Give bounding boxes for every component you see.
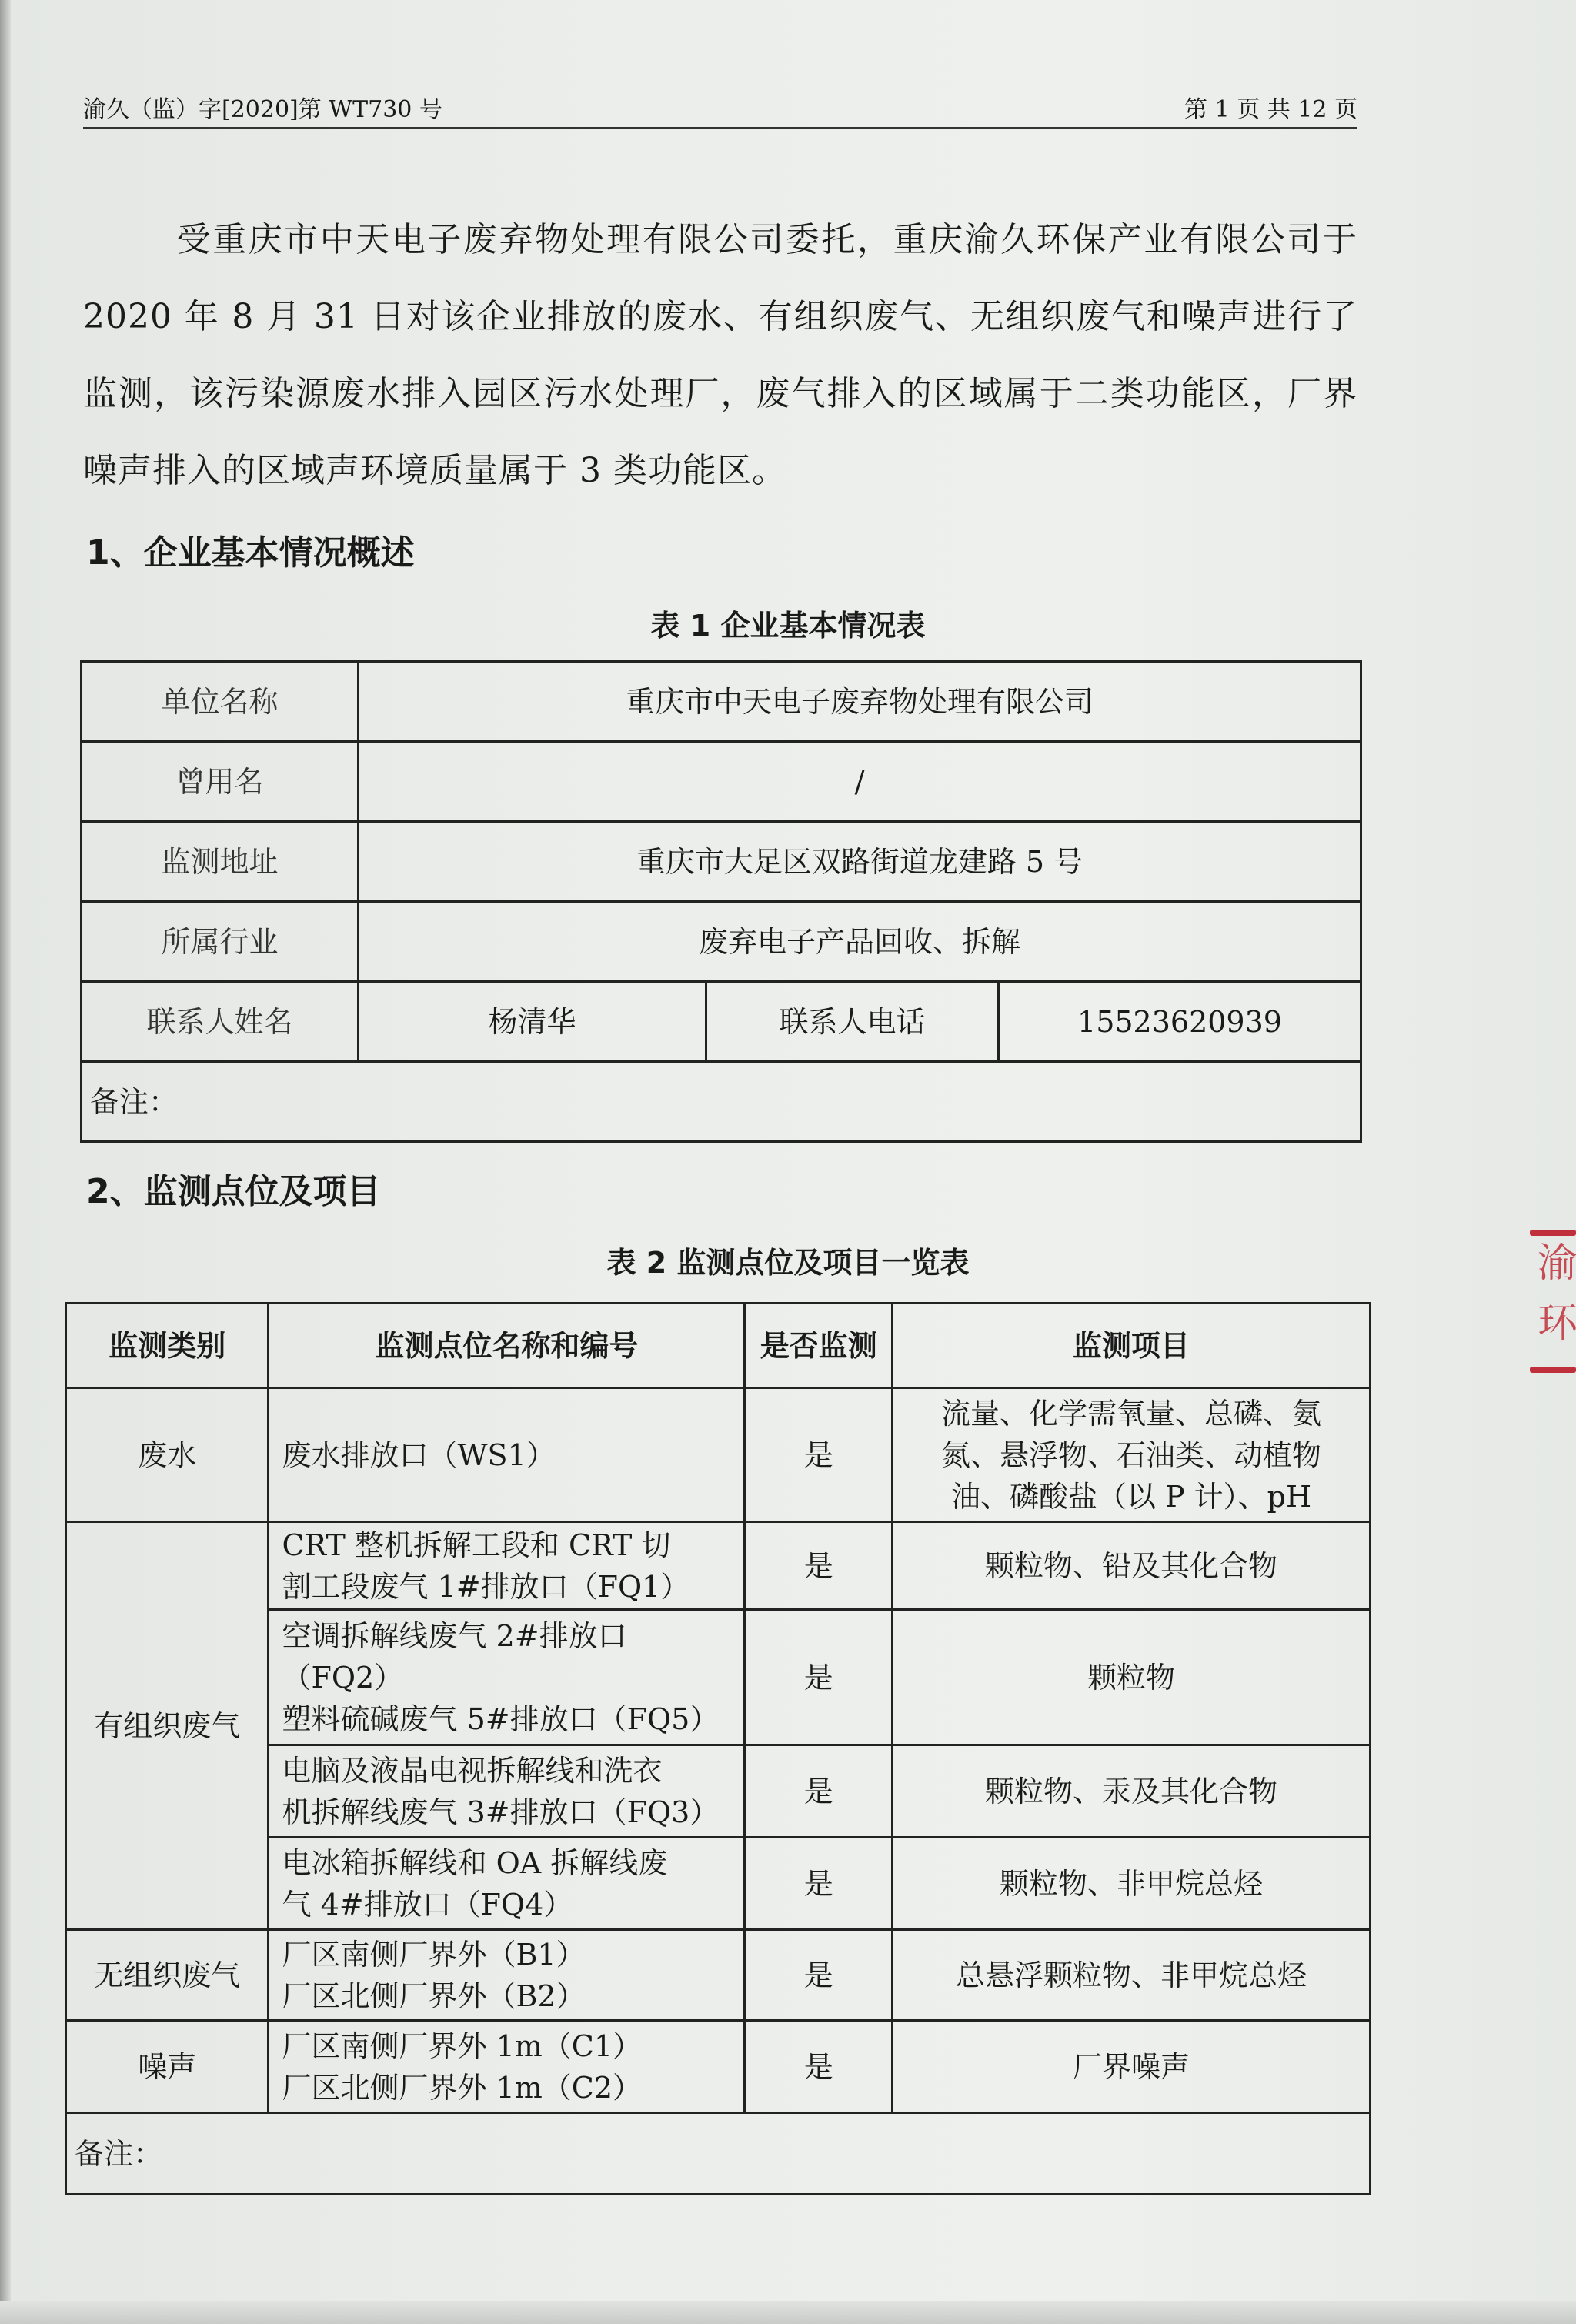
company-name-value: 重庆市中天电子废弃物处理有限公司 (359, 662, 1361, 742)
former-name-label: 曾用名 (82, 742, 359, 822)
stamp-glyph: 渝 (1538, 1240, 1576, 1287)
former-name-value: / (359, 742, 1361, 822)
monitored-cell: 是 (745, 1610, 893, 1745)
location-cell: 厂区南侧厂界外（B1） 厂区北侧厂界外（B2） (269, 1930, 745, 2021)
company-info-table: 单位名称 重庆市中天电子废弃物处理有限公司 曾用名 / 监测地址 重庆市大足区双… (80, 660, 1362, 1143)
location-line: 厂区南侧厂界外 1m（C1） (282, 2025, 739, 2067)
page-bottom-shadow (0, 2301, 1576, 2324)
location-cell: CRT 整机拆解工段和 CRT 切 割工段废气 1#排放口（FQ1） (269, 1522, 745, 1610)
table-row: 有组织废气 CRT 整机拆解工段和 CRT 切 割工段废气 1#排放口（FQ1）… (66, 1522, 1371, 1610)
stamp-bar-top (1530, 1230, 1576, 1236)
intro-paragraph: 受重庆市中天电子废弃物处理有限公司委托，重庆渝久环保产业有限公司于 2020 年… (83, 202, 1357, 509)
category-cell: 无组织废气 (66, 1930, 269, 2021)
table-1-caption: 表 1 企业基本情况表 (0, 602, 1576, 644)
category-cell: 有组织废气 (66, 1522, 269, 1930)
location-line: 空调拆解线废气 2#排放口 (282, 1615, 739, 1657)
document-page: 渝久（监）字[2020]第 WT730 号 第 1 页 共 12 页 受重庆市中… (0, 0, 1576, 2324)
intro-text: 受重庆市中天电子废弃物处理有限公司委托，重庆渝久环保产业有限公司于 2020 年… (83, 220, 1357, 490)
category-cell: 废水 (66, 1388, 269, 1522)
items-line: 颗粒物、汞及其化合物 (903, 1771, 1360, 1812)
page-header: 渝久（监）字[2020]第 WT730 号 第 1 页 共 12 页 (83, 94, 1357, 129)
location-line: 厂区南侧厂界外（B1） (282, 1934, 739, 1975)
items-line: 总悬浮颗粒物、非甲烷总烃 (903, 1955, 1360, 1996)
location-line: 废水排放口（WS1） (282, 1434, 739, 1476)
items-cell: 颗粒物、汞及其化合物 (893, 1745, 1371, 1838)
monitored-cell: 是 (745, 1930, 893, 2021)
items-line: 颗粒物、非甲烷总烃 (903, 1863, 1360, 1905)
items-line: 氮、悬浮物、石油类、动植物 (903, 1434, 1360, 1476)
location-line: 塑料硫碱废气 5#排放口（FQ5） (282, 1698, 739, 1740)
contact-phone-label: 联系人电话 (706, 982, 999, 1062)
stamp-glyph: 环 (1538, 1301, 1576, 1347)
table-row: 所属行业 废弃电子产品回收、拆解 (82, 902, 1361, 982)
table-row: 无组织废气 厂区南侧厂界外（B1） 厂区北侧厂界外（B2） 是 总悬浮颗粒物、非… (66, 1930, 1371, 2021)
table-row: 监测地址 重庆市大足区双路街道龙建路 5 号 (82, 822, 1361, 902)
remarks-cell: 备注： (66, 2113, 1371, 2195)
section-2-title: 2、监测点位及项目 (86, 1164, 381, 1213)
monitoring-points-table: 监测类别 监测点位名称和编号 是否监测 监测项目 废水 废水排放口（WS1） 是… (65, 1302, 1371, 2195)
table-row: 曾用名 / (82, 742, 1361, 822)
items-cell: 厂界噪声 (893, 2021, 1371, 2113)
monitored-cell: 是 (745, 1522, 893, 1610)
header-monitored: 是否监测 (745, 1304, 893, 1388)
category-cell: 噪声 (66, 2021, 269, 2113)
contact-phone-value: 15523620939 (999, 982, 1361, 1062)
location-line: （FQ2） (282, 1657, 739, 1698)
items-line: 颗粒物、铅及其化合物 (903, 1545, 1360, 1587)
location-line: 厂区北侧厂界外（B2） (282, 1975, 739, 2017)
monitored-cell: 是 (745, 1838, 893, 1930)
industry-value: 废弃电子产品回收、拆解 (359, 902, 1361, 982)
location-line: 电脑及液晶电视拆解线和洗衣 (282, 1750, 739, 1791)
company-name-label: 单位名称 (82, 662, 359, 742)
page-edge-shadow (0, 0, 11, 2324)
stamp-bar-bottom (1530, 1367, 1576, 1373)
location-cell: 废水排放口（WS1） (269, 1388, 745, 1522)
items-cell: 颗粒物、铅及其化合物 (893, 1522, 1371, 1610)
monitored-cell: 是 (745, 1745, 893, 1838)
location-cell: 电脑及液晶电视拆解线和洗衣 机拆解线废气 3#排放口（FQ3） (269, 1745, 745, 1838)
monitored-cell: 是 (745, 1388, 893, 1522)
location-line: CRT 整机拆解工段和 CRT 切 (282, 1524, 739, 1566)
industry-label: 所属行业 (82, 902, 359, 982)
monitored-cell: 是 (745, 2021, 893, 2113)
table-row: 备注： (82, 1062, 1361, 1142)
table-row: 废水 废水排放口（WS1） 是 流量、化学需氧量、总磷、氨 氮、悬浮物、石油类、… (66, 1388, 1371, 1522)
location-line: 机拆解线废气 3#排放口（FQ3） (282, 1791, 739, 1833)
page-info: 第 1 页 共 12 页 (1184, 90, 1357, 124)
address-value: 重庆市大足区双路街道龙建路 5 号 (359, 822, 1361, 902)
location-cell: 电冰箱拆解线和 OA 拆解线废 气 4#排放口（FQ4） (269, 1838, 745, 1930)
table-row: 噪声 厂区南侧厂界外 1m（C1） 厂区北侧厂界外 1m（C2） 是 厂界噪声 (66, 2021, 1371, 2113)
location-line: 厂区北侧厂界外 1m（C2） (282, 2067, 739, 2109)
address-label: 监测地址 (82, 822, 359, 902)
location-line: 气 4#排放口（FQ4） (282, 1884, 739, 1925)
items-line: 厂界噪声 (903, 2046, 1360, 2088)
location-cell: 空调拆解线废气 2#排放口 （FQ2） 塑料硫碱废气 5#排放口（FQ5） (269, 1610, 745, 1745)
location-line: 电冰箱拆解线和 OA 拆解线废 (282, 1842, 739, 1884)
contact-name-value: 杨清华 (359, 982, 706, 1062)
items-cell: 颗粒物 (893, 1610, 1371, 1745)
report-number: 渝久（监）字[2020]第 WT730 号 (83, 90, 442, 124)
items-line: 流量、化学需氧量、总磷、氨 (903, 1393, 1360, 1434)
section-1-title: 1、企业基本情况概述 (86, 525, 415, 574)
items-cell: 总悬浮颗粒物、非甲烷总烃 (893, 1930, 1371, 2021)
location-line: 割工段废气 1#排放口（FQ1） (282, 1566, 739, 1608)
remarks-cell: 备注： (82, 1062, 1361, 1142)
table-row: 单位名称 重庆市中天电子废弃物处理有限公司 (82, 662, 1361, 742)
table-row: 备注： (66, 2113, 1371, 2195)
contact-name-label: 联系人姓名 (82, 982, 359, 1062)
header-items: 监测项目 (893, 1304, 1371, 1388)
location-cell: 厂区南侧厂界外 1m（C1） 厂区北侧厂界外 1m（C2） (269, 2021, 745, 2113)
table-row: 联系人姓名 杨清华 联系人电话 15523620939 (82, 982, 1361, 1062)
items-line: 油、磷酸盐（以 P 计）、pH (903, 1476, 1360, 1518)
table-2-caption: 表 2 监测点位及项目一览表 (0, 1239, 1576, 1281)
header-location: 监测点位名称和编号 (269, 1304, 745, 1388)
items-line: 颗粒物 (903, 1657, 1360, 1698)
header-category: 监测类别 (66, 1304, 269, 1388)
table-header-row: 监测类别 监测点位名称和编号 是否监测 监测项目 (66, 1304, 1371, 1388)
items-cell: 流量、化学需氧量、总磷、氨 氮、悬浮物、石油类、动植物 油、磷酸盐（以 P 计）… (893, 1388, 1371, 1522)
seal-stamp: 渝 环 (1530, 1230, 1576, 1376)
items-cell: 颗粒物、非甲烷总烃 (893, 1838, 1371, 1930)
